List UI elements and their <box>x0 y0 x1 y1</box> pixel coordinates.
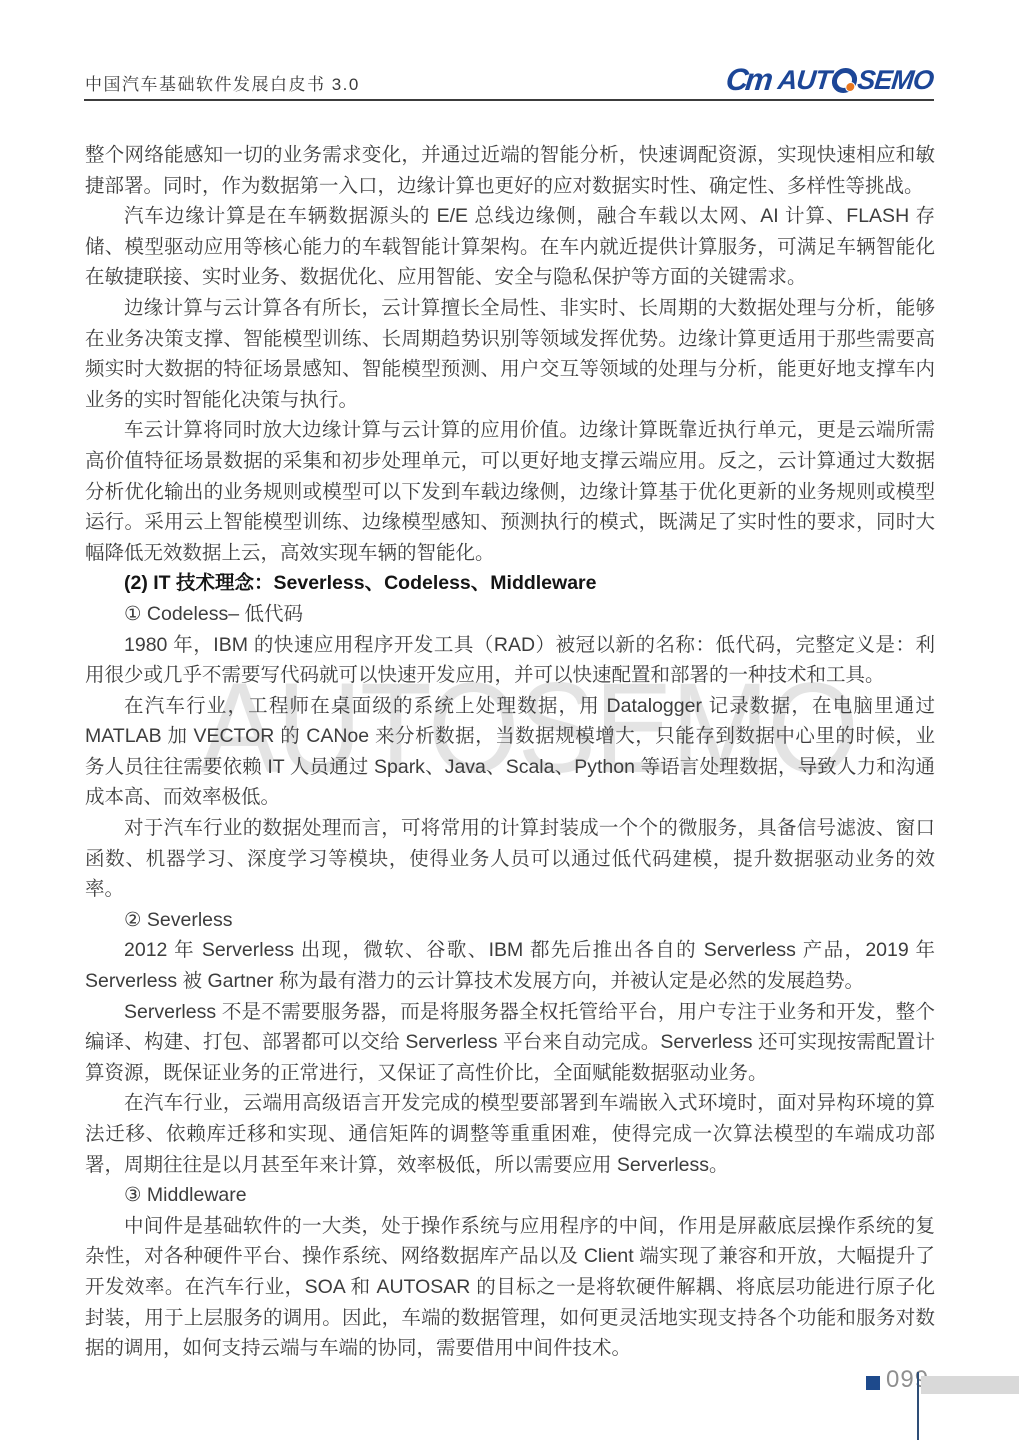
logo-o-icon <box>830 68 858 93</box>
paragraph: 2012 年 Serverless 出现，微软、谷歌、IBM 都先后推出各自的 … <box>85 935 935 996</box>
sub-heading: ① Codeless– 低代码 <box>85 599 935 630</box>
footer-square-icon <box>866 1376 880 1390</box>
footer-vertical-line <box>917 1372 919 1440</box>
cm-logo-mark: Cm <box>724 62 772 98</box>
paragraph: 中间件是基础软件的一大类，处于操作系统与应用程序的中间，作用是屏蔽底层操作系统的… <box>85 1211 935 1364</box>
document-page: 中国汽车基础软件发展白皮书 3.0 Cm AUT SEMO AUTOSEMO 整… <box>0 0 1019 1440</box>
paragraph: 对于汽车行业的数据处理而言，可将常用的计算封装成一个个的微服务，具备信号滤波、窗… <box>85 813 935 905</box>
paragraph: 汽车边缘计算是在车辆数据源头的 E/E 总线边缘侧，融合车载以太网、AI 计算、… <box>85 201 935 293</box>
paragraph: 边缘计算与云计算各有所长，云计算擅长全局性、非实时、长周期的大数据处理与分析，能… <box>85 293 935 415</box>
paragraph: 在汽车行业，工程师在桌面级的系统上处理数据，用 Datalogger 记录数据，… <box>85 691 935 813</box>
paragraph: 车云计算将同时放大边缘计算与云计算的应用价值。边缘计算既靠近执行单元，更是云端所… <box>85 415 935 568</box>
paragraph: Serverless 不是不需要服务器，而是将服务器全权托管给平台，用户专注于业… <box>85 997 935 1089</box>
body-text: 整个网络能感知一切的业务需求变化，并通过近端的智能分析，快速调配资源，实现快速相… <box>85 140 935 1364</box>
sub-heading: ② Severless <box>85 905 935 936</box>
section-heading: (2) IT 技术理念：Severless、Codeless、Middlewar… <box>85 568 935 599</box>
logo-text-semo: SEMO <box>856 65 935 96</box>
logo-orange-dot-icon <box>844 82 855 92</box>
document-title: 中国汽车基础软件发展白皮书 3.0 <box>85 70 360 95</box>
header-divider <box>84 99 934 101</box>
autosemo-logo: Cm AUT SEMO <box>726 62 933 98</box>
paragraph: 在汽车行业，云端用高级语言开发完成的模型要部署到车端嵌入式环境时，面对异构环境的… <box>85 1088 935 1180</box>
sub-heading: ③ Middleware <box>85 1180 935 1211</box>
paragraph: 整个网络能感知一切的业务需求变化，并通过近端的智能分析，快速调配资源，实现快速相… <box>85 140 935 201</box>
footer-gray-bar <box>921 1376 1019 1394</box>
logo-text-auto: AUT <box>776 65 832 96</box>
autosemo-wordmark: AUT SEMO <box>776 65 934 96</box>
paragraph: 1980 年，IBM 的快速应用程序开发工具（RAD）被冠以新的名称：低代码，完… <box>85 630 935 691</box>
